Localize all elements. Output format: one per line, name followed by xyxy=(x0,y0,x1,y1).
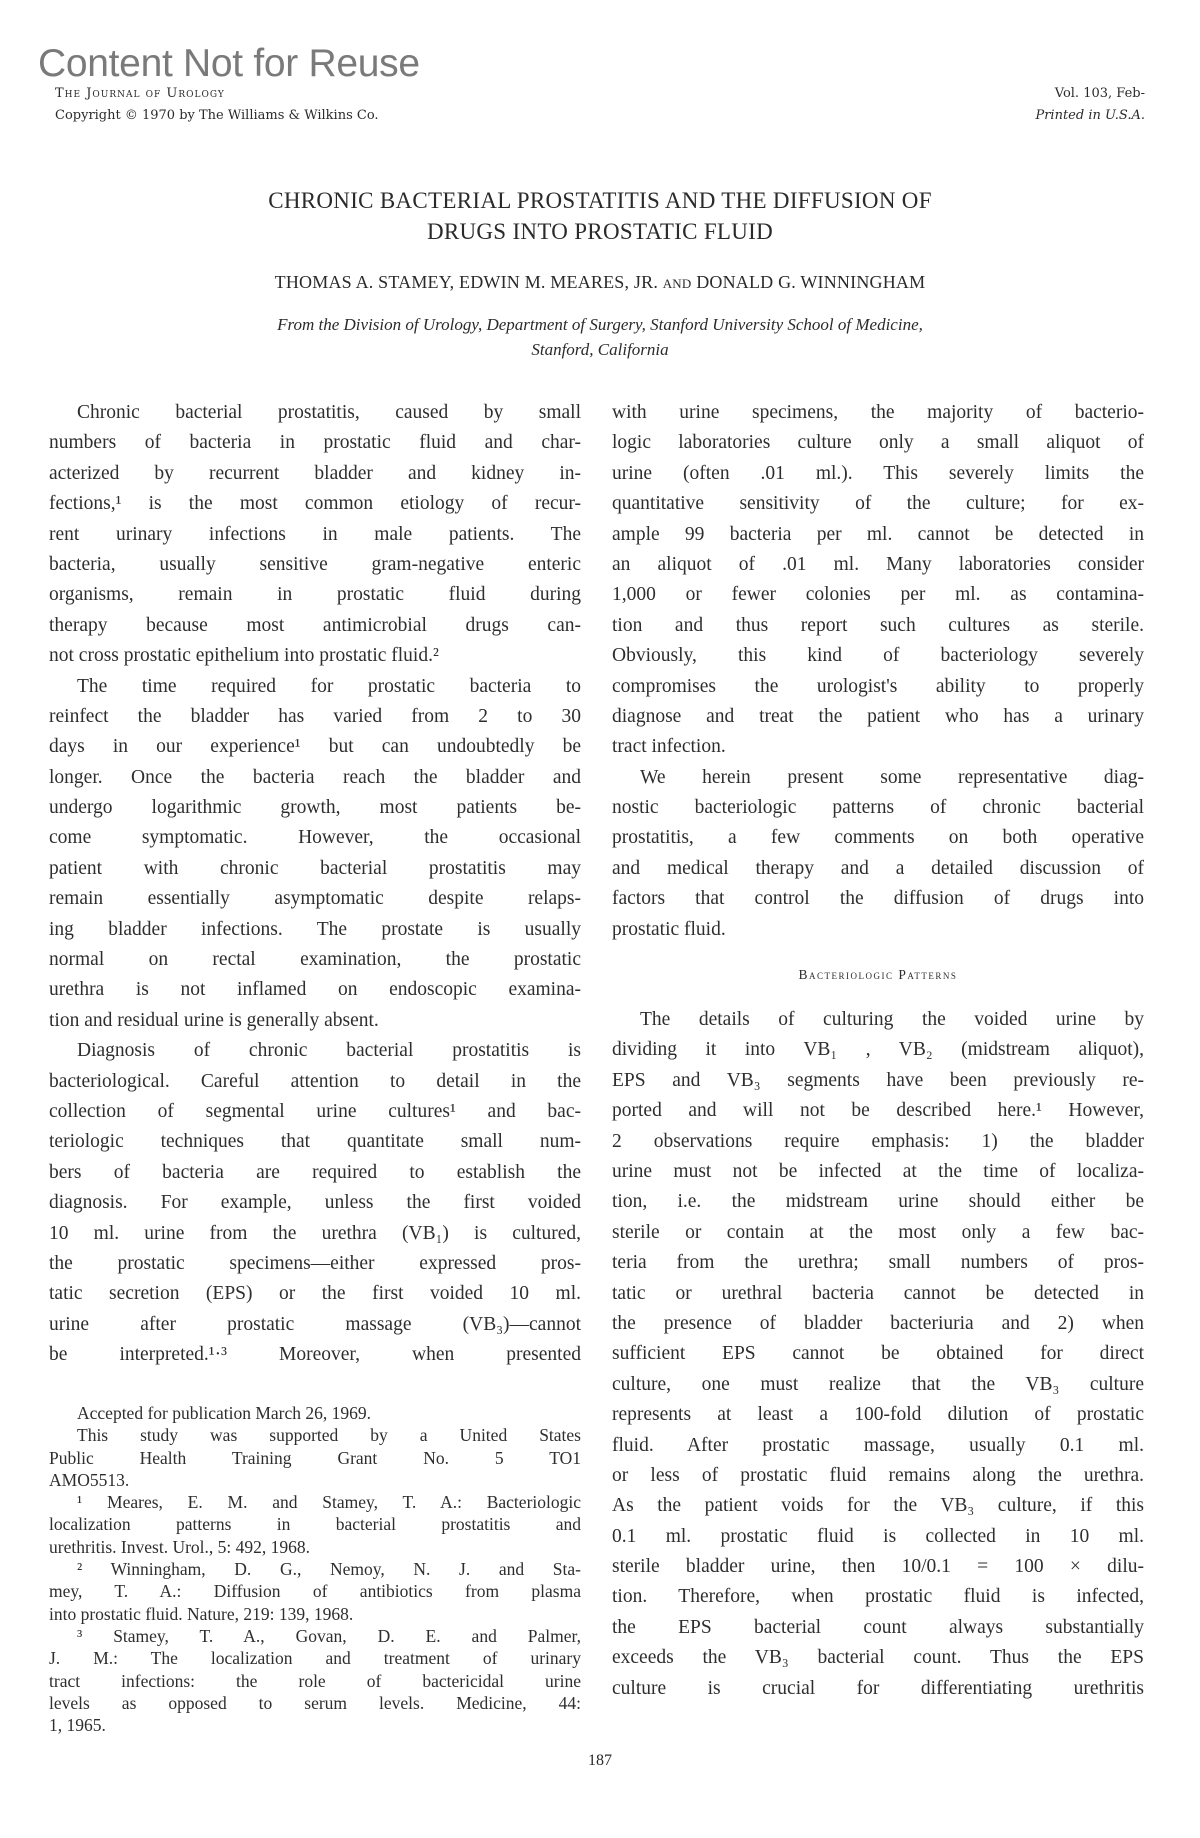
text-line: 2 observations require emphasis: 1) the … xyxy=(612,1127,1144,1157)
text-line: therapy because most antimicrobial drugs… xyxy=(49,611,581,641)
authors: THOMAS A. STAMEY, EDWIN M. MEARES, JR. A… xyxy=(60,272,1140,293)
text-line: urethra is not inflamed on endoscopic ex… xyxy=(49,975,581,1005)
text-line: numbers of bacteria in prostatic fluid a… xyxy=(49,428,581,458)
text-line: an aliquot of .01 ml. Many laboratories … xyxy=(612,550,1144,580)
text-line: diagnose and treat the patient who has a… xyxy=(612,702,1144,732)
text-line: teriologic techniques that quantitate sm… xyxy=(49,1127,581,1157)
text-line: sufficient EPS cannot be obtained for di… xyxy=(612,1339,1144,1369)
title-line-1: CHRONIC BACTERIAL PROSTATITIS AND THE DI… xyxy=(100,185,1100,216)
text-line: bacteriological. Careful attention to de… xyxy=(49,1067,581,1097)
text-line: quantitative sensitivity of the culture;… xyxy=(612,489,1144,519)
footnote-line: into prostatic fluid. Nature, 219: 139, … xyxy=(49,1603,581,1625)
affiliation-line-1: From the Division of Urology, Department… xyxy=(60,312,1140,337)
text-line: urine (often .01 ml.). This severely lim… xyxy=(612,459,1144,489)
footnote-line: Accepted for publication March 26, 1969. xyxy=(49,1402,581,1424)
text-line: As the patient voids for the VB₃ culture… xyxy=(612,1491,1144,1521)
text-line: acterized by recurrent bladder and kidne… xyxy=(49,459,581,489)
text-line: EPS and VB₃ segments have been previousl… xyxy=(612,1066,1144,1096)
page-number: 187 xyxy=(0,1752,1200,1770)
footnote-line: tract infections: the role of bactericid… xyxy=(49,1670,581,1692)
text-line: be interpreted.¹·³ Moreover, when presen… xyxy=(49,1340,581,1370)
watermark: Content Not for Reuse xyxy=(38,42,420,86)
text-line: tion, i.e. the midstream urine should ei… xyxy=(612,1187,1144,1217)
footnote-line: mey, T. A.: Diffusion of antibiotics fro… xyxy=(49,1580,581,1602)
text-line: The time required for prostatic bacteria… xyxy=(49,672,581,702)
text-line: 0.1 ml. prostatic fluid is collected in … xyxy=(612,1522,1144,1552)
text-line: factors that control the diffusion of dr… xyxy=(612,884,1144,914)
text-line: tion and residual urine is generally abs… xyxy=(49,1006,581,1036)
text-line: with urine specimens, the majority of ba… xyxy=(612,398,1144,428)
footnote-line: 1, 1965. xyxy=(49,1714,581,1736)
text-line: come symptomatic. However, the occasiona… xyxy=(49,823,581,853)
text-line: ample 99 bacteria per ml. cannot be dete… xyxy=(612,520,1144,550)
footnote-line: J. M.: The localization and treatment of… xyxy=(49,1647,581,1669)
printed-in: Printed in U.S.A. xyxy=(1035,108,1145,123)
text-line: bers of bacteria are required to establi… xyxy=(49,1158,581,1188)
affiliation-line-2: Stanford, California xyxy=(60,337,1140,362)
text-line: sterile or contain at the most only a fe… xyxy=(612,1218,1144,1248)
footnote-line: Public Health Training Grant No. 5 TO1 xyxy=(49,1447,581,1469)
footnote-line: ¹ Meares, E. M. and Stamey, T. A.: Bacte… xyxy=(49,1491,581,1513)
text-line: Obviously, this kind of bacteriology sev… xyxy=(612,641,1144,671)
text-line: tatic or urethral bacteria cannot be det… xyxy=(612,1279,1144,1309)
section-heading: Bacteriologic Patterns xyxy=(612,945,1144,1005)
text-line: organisms, remain in prostatic fluid dur… xyxy=(49,580,581,610)
copyright-notice: Copyright © 1970 by The Williams & Wilki… xyxy=(55,108,379,123)
footnote-line: levels as opposed to serum levels. Medic… xyxy=(49,1692,581,1714)
title-line-2: DRUGS INTO PROSTATIC FLUID xyxy=(100,216,1100,247)
text-line: compromises the urologist's ability to p… xyxy=(612,672,1144,702)
text-line: tract infection. xyxy=(612,732,1144,762)
text-line: prostatic fluid. xyxy=(612,915,1144,945)
volume-info: Vol. 103, Feb- xyxy=(1055,86,1145,101)
text-line: the presence of bladder bacteriuria and … xyxy=(612,1309,1144,1339)
article-title: CHRONIC BACTERIAL PROSTATITIS AND THE DI… xyxy=(100,185,1100,247)
text-line: or less of prostatic fluid remains along… xyxy=(612,1461,1144,1491)
text-line: exceeds the VB₃ bacterial count. Thus th… xyxy=(612,1643,1144,1673)
footnote-line: ² Winningham, D. G., Nemoy, N. J. and St… xyxy=(49,1558,581,1580)
footnote-line: localization patterns in bacterial prost… xyxy=(49,1513,581,1535)
footnote-line: This study was supported by a United Sta… xyxy=(49,1424,581,1446)
text-line: ing bladder infections. The prostate is … xyxy=(49,915,581,945)
authors-and: AND xyxy=(663,276,692,291)
text-line: nostic bacteriologic patterns of chronic… xyxy=(612,793,1144,823)
footnote-line: ³ Stamey, T. A., Govan, D. E. and Palmer… xyxy=(49,1625,581,1647)
authors-part-1: THOMAS A. STAMEY, EDWIN M. MEARES, JR. xyxy=(275,272,658,292)
text-line: tion and thus report such cultures as st… xyxy=(612,611,1144,641)
text-line: represents at least a 100-fold dilution … xyxy=(612,1400,1144,1430)
text-line: days in our experience¹ but can undoubte… xyxy=(49,732,581,762)
text-line: sterile bladder urine, then 10/0.1 = 100… xyxy=(612,1552,1144,1582)
text-line: dividing it into VB₁ , VB₂ (midstream al… xyxy=(612,1035,1144,1065)
text-line: undergo logarithmic growth, most patient… xyxy=(49,793,581,823)
footnote-line: AMO5513. xyxy=(49,1469,581,1491)
text-line: Diagnosis of chronic bacterial prostatit… xyxy=(49,1036,581,1066)
text-line: teria from the urethra; small numbers of… xyxy=(612,1248,1144,1278)
text-line: 10 ml. urine from the urethra (VB₁) is c… xyxy=(49,1219,581,1249)
left-column: Chronic bacterial prostatitis, caused by… xyxy=(49,398,581,1371)
text-line: Chronic bacterial prostatitis, caused by… xyxy=(49,398,581,428)
text-line: collection of segmental urine cultures¹ … xyxy=(49,1097,581,1127)
text-line: fections,¹ is the most common etiology o… xyxy=(49,489,581,519)
text-line: bacteria, usually sensitive gram-negativ… xyxy=(49,550,581,580)
text-line: and medical therapy and a detailed discu… xyxy=(612,854,1144,884)
text-line: not cross prostatic epithelium into pros… xyxy=(49,641,581,671)
authors-part-2: DONALD G. WINNINGHAM xyxy=(696,272,925,292)
text-line: tion. Therefore, when prostatic fluid is… xyxy=(612,1582,1144,1612)
text-line: longer. Once the bacteria reach the blad… xyxy=(49,763,581,793)
text-line: the prostatic specimens—either expressed… xyxy=(49,1249,581,1279)
text-line: The details of culturing the voided urin… xyxy=(612,1005,1144,1035)
text-line: tatic secretion (EPS) or the first voide… xyxy=(49,1279,581,1309)
text-line: remain essentially asymptomatic despite … xyxy=(49,884,581,914)
text-line: the EPS bacterial count always substanti… xyxy=(612,1613,1144,1643)
text-line: normal on rectal examination, the prosta… xyxy=(49,945,581,975)
right-column: with urine specimens, the majority of ba… xyxy=(612,398,1144,1704)
text-line: logic laboratories culture only a small … xyxy=(612,428,1144,458)
text-line: fluid. After prostatic massage, usually … xyxy=(612,1431,1144,1461)
text-line: 1,000 or fewer colonies per ml. as conta… xyxy=(612,580,1144,610)
text-line: ported and will not be described here.¹ … xyxy=(612,1096,1144,1126)
text-line: patient with chronic bacterial prostatit… xyxy=(49,854,581,884)
journal-name: The Journal of Urology xyxy=(55,86,225,101)
footnotes: Accepted for publication March 26, 1969.… xyxy=(49,1402,581,1736)
text-line: urine must not be infected at the time o… xyxy=(612,1157,1144,1187)
footnote-line: urethritis. Invest. Urol., 5: 492, 1968. xyxy=(49,1536,581,1558)
text-line: culture is crucial for differentiating u… xyxy=(612,1674,1144,1704)
text-line: prostatitis, a few comments on both oper… xyxy=(612,823,1144,853)
text-line: culture, one must realize that the VB₃ c… xyxy=(612,1370,1144,1400)
text-line: rent urinary infections in male patients… xyxy=(49,520,581,550)
text-line: We herein present some representative di… xyxy=(612,763,1144,793)
text-line: reinfect the bladder has varied from 2 t… xyxy=(49,702,581,732)
affiliation: From the Division of Urology, Department… xyxy=(60,312,1140,362)
text-line: diagnosis. For example, unless the first… xyxy=(49,1188,581,1218)
text-line: urine after prostatic massage (VB₃)—cann… xyxy=(49,1310,581,1340)
